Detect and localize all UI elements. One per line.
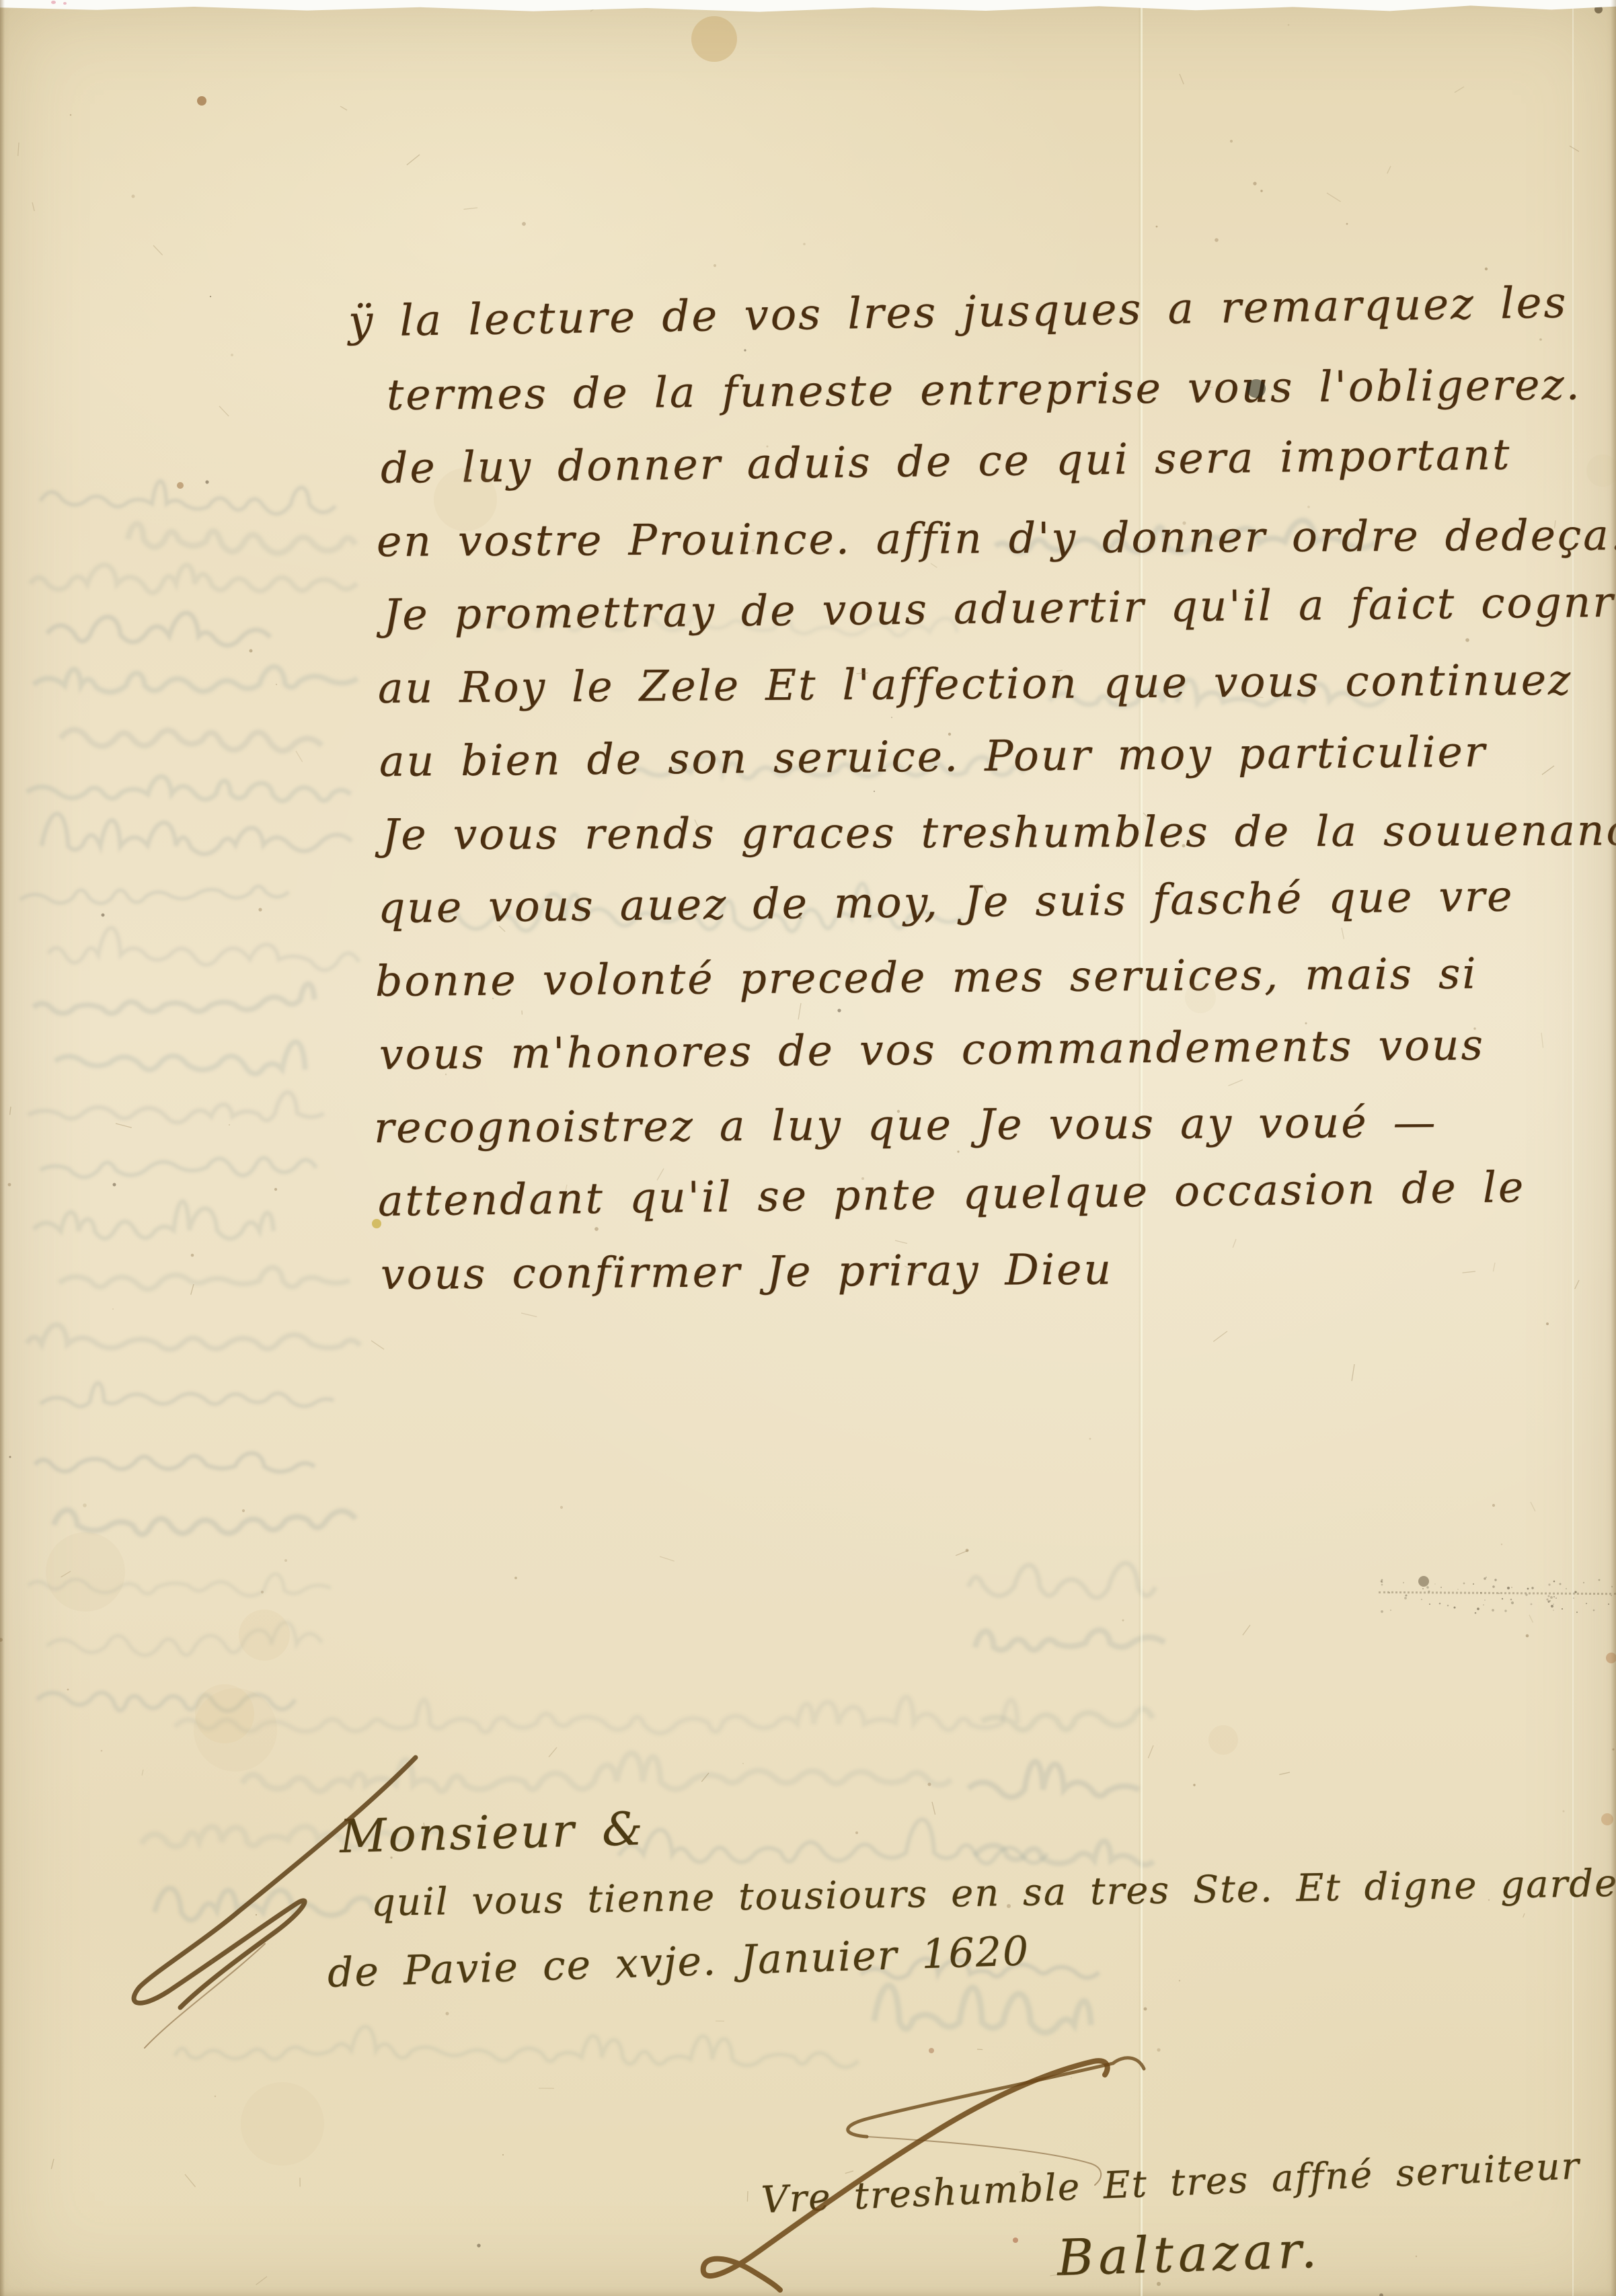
- paper-stain: [1247, 379, 1266, 398]
- scan-artifact-pink: [63, 2, 67, 5]
- scan-artifact-pink: [51, 1, 56, 4]
- paper-stain: [1013, 2238, 1018, 2243]
- paper-stain: [691, 16, 737, 62]
- paper-left-edge-shadow: [0, 0, 5, 2296]
- paper-stain: [197, 96, 206, 106]
- paper-stain: [177, 482, 184, 489]
- paper-stain: [1418, 1576, 1429, 1587]
- paper-stain: [372, 1219, 381, 1228]
- manuscript-letter-scan: ÿ la lecture de vos lres jusques a remar…: [0, 0, 1616, 2296]
- paper-specks: [0, 0, 1616, 2296]
- paper-stain: [929, 2048, 934, 2053]
- paper-right-edge-shadow: [1611, 0, 1616, 2296]
